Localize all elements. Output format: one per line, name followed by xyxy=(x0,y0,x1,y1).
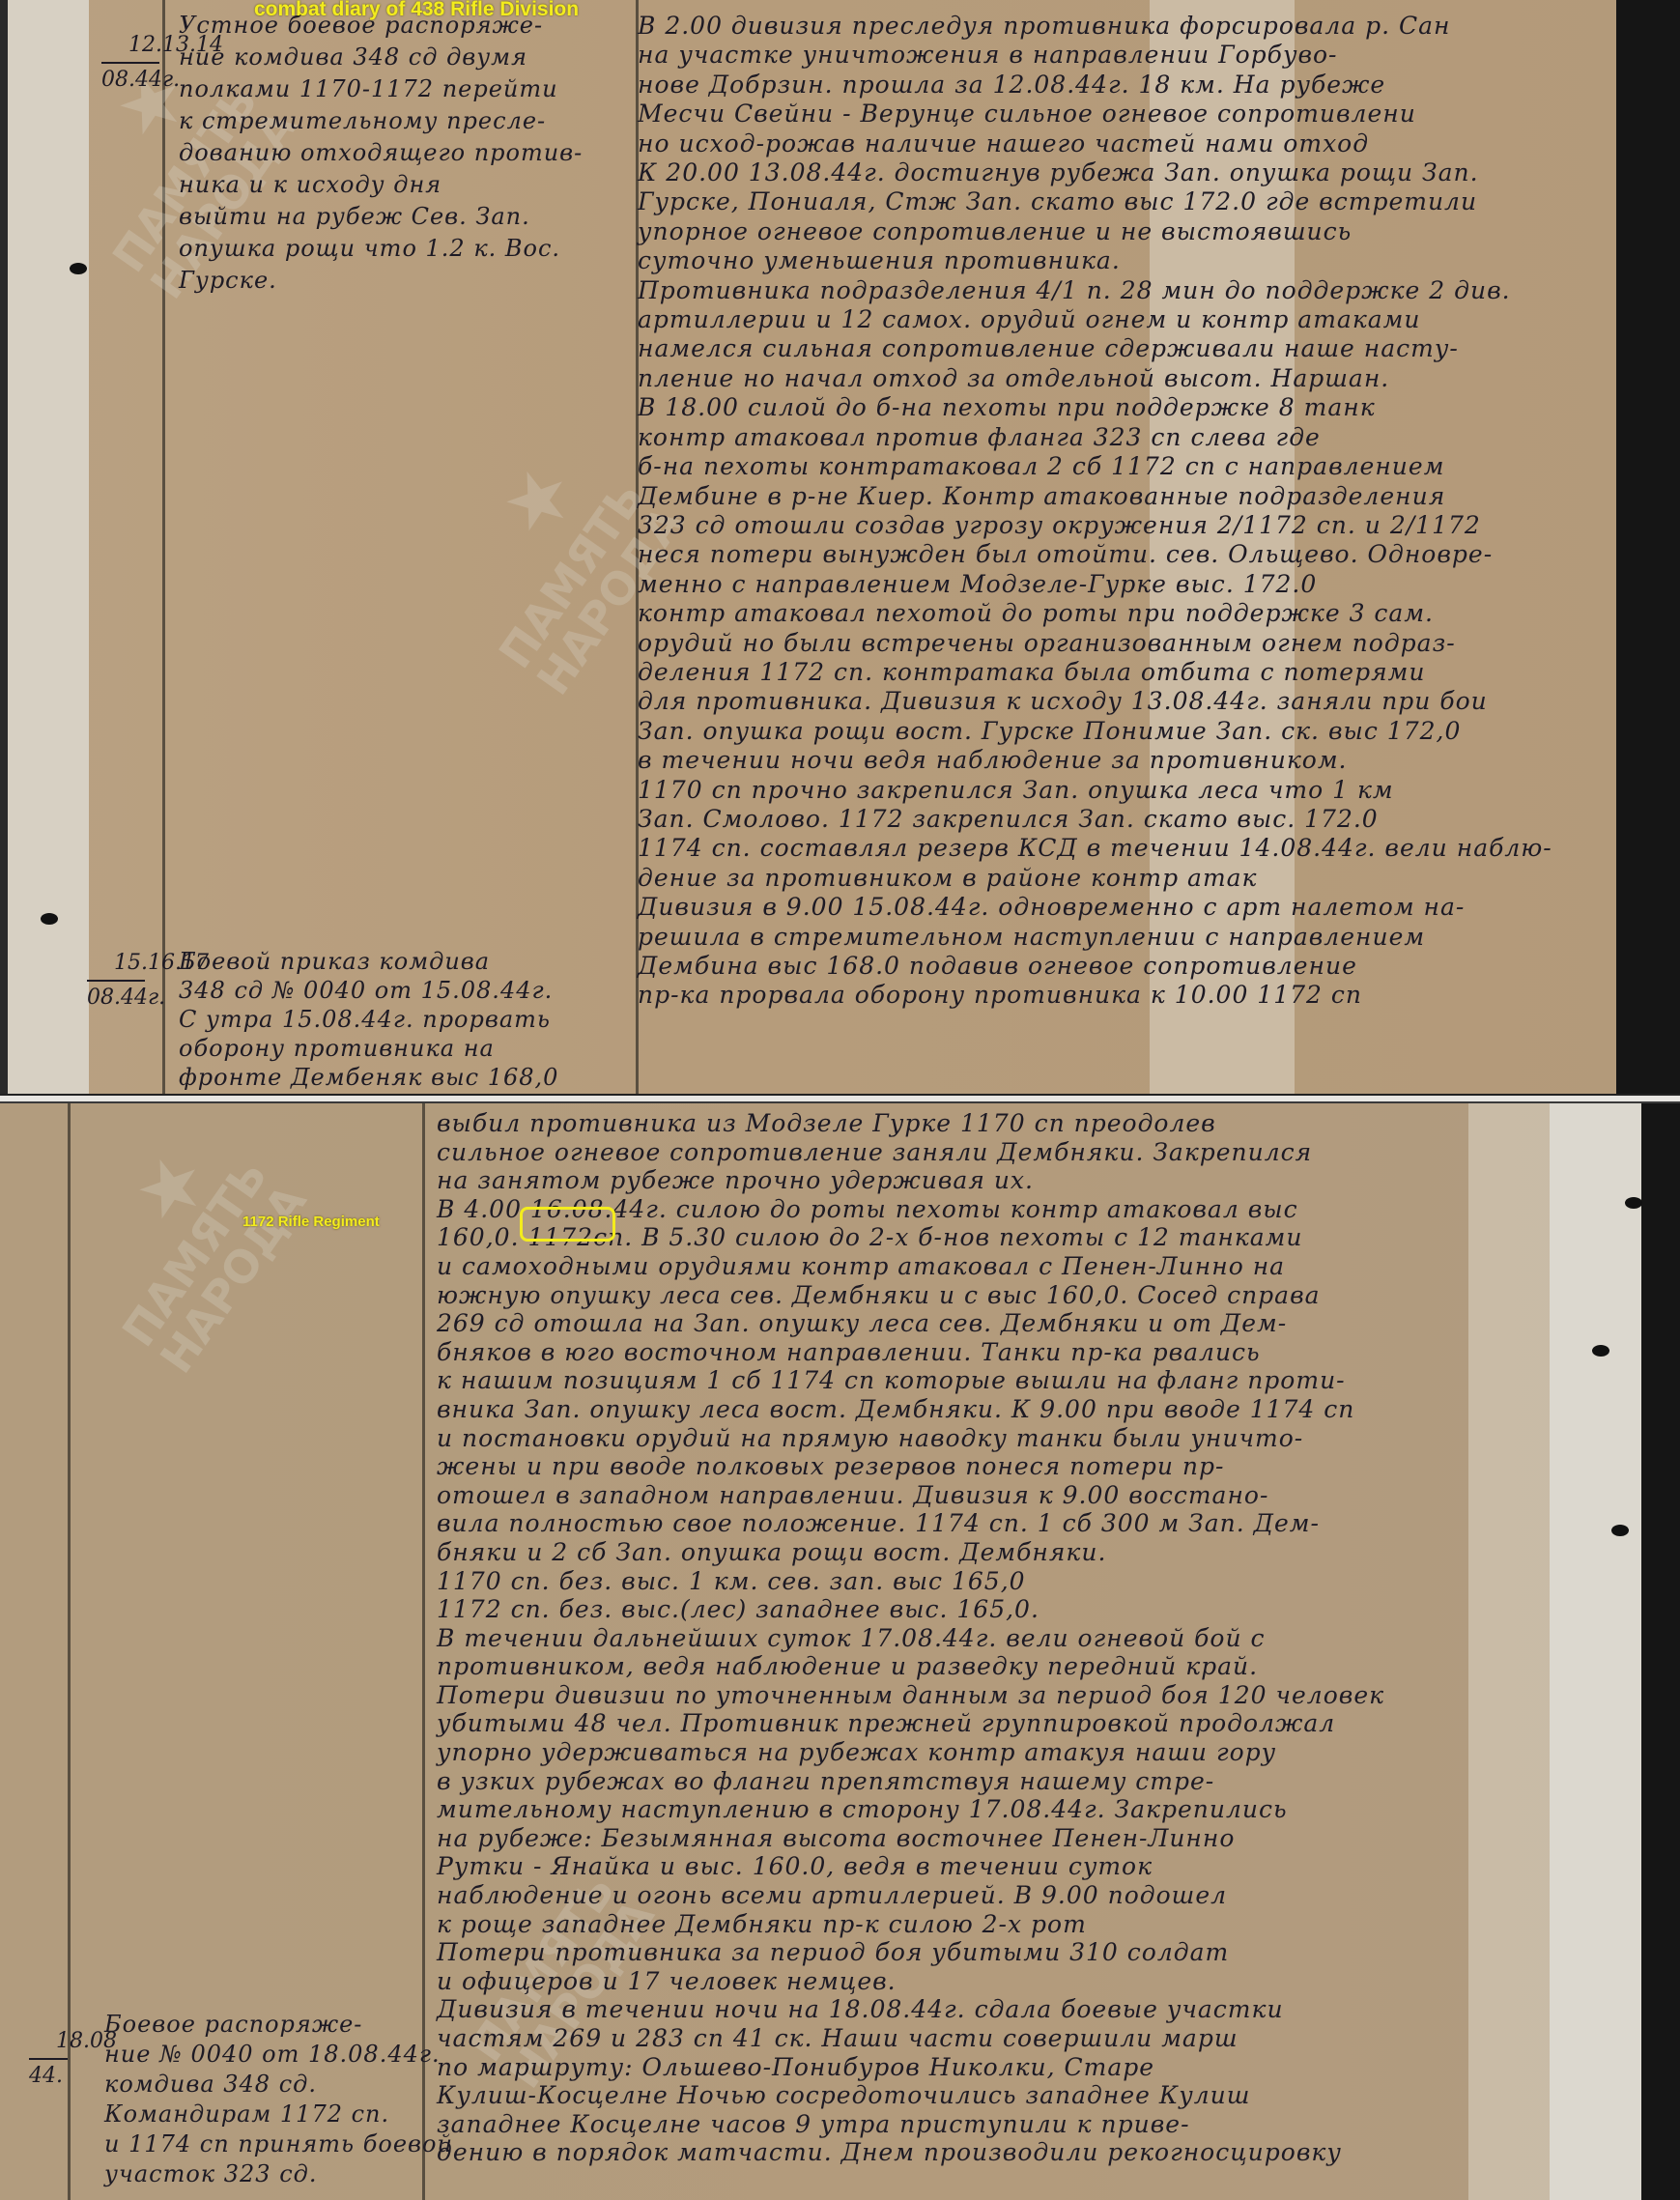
punch-hole xyxy=(1592,1345,1609,1357)
punch-hole xyxy=(41,913,58,925)
paper-edge xyxy=(1550,1103,1641,2200)
diary-page-bottom: ★ ПАМЯТЬ НАРОДА ПАМЯТЬ НАРОДА 18.0844. Б… xyxy=(0,1103,1680,2200)
punch-hole xyxy=(1625,1197,1642,1209)
diary-page-top: ★ ПАМЯТЬ НАРОДА ★ ПАМЯТЬ НАРОДА 12.13.14… xyxy=(0,0,1680,1094)
entry-order-text: Боевой приказ комдива 348 сд № 0040 от 1… xyxy=(179,947,558,1092)
scan-background xyxy=(1641,1103,1680,2200)
punch-hole xyxy=(70,263,87,274)
events-text: выбил противника из Модзеле Гурке 1170 с… xyxy=(437,1109,1384,2167)
scan-background xyxy=(1616,0,1680,1094)
regiment-annotation: 1172 Rifle Regiment xyxy=(242,1214,380,1230)
page-divider xyxy=(0,1094,1680,1103)
highlight-box-1172 xyxy=(520,1207,615,1242)
title-annotation: combat diary of 438 Rifle Division xyxy=(254,0,579,21)
entry-order-text: Устное боевое распоряже- ние комдива 348… xyxy=(179,10,583,297)
punch-hole xyxy=(1611,1525,1629,1536)
entry-order-text: Боевое распоряже- ние № 0040 от 18.08.44… xyxy=(104,2010,453,2189)
scan-edge xyxy=(0,0,8,1094)
paper-margin-strip xyxy=(0,0,89,1094)
events-text: В 2.00 дивизия преследуя противника форс… xyxy=(638,12,1552,1011)
